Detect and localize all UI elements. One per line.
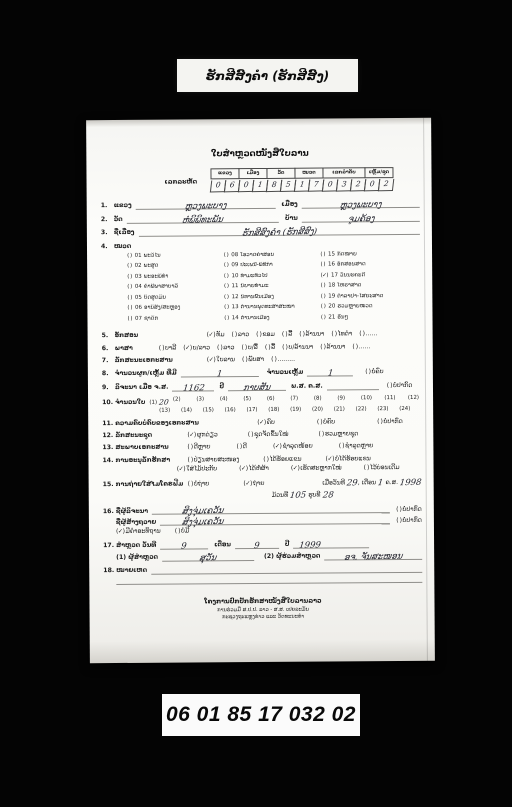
monastery-label: ວັດ <box>114 216 123 224</box>
code-group-volume: ເຫຼັ້ມ/ຊຸດ 02 <box>364 167 393 190</box>
village-value: ຈູມຄ້ອງ <box>347 213 375 224</box>
category-code: 03 <box>135 274 142 280</box>
cs-year-line: 1162 <box>172 382 214 391</box>
leaf-index: (20) <box>312 406 323 412</box>
microfilm-month-label: ເດືອນ <box>362 479 377 486</box>
leaf-index: (1) <box>149 400 157 406</box>
option: (✓)ບໍ່ໄດ້ຮ້ອຍແຂນ <box>326 455 371 462</box>
era-label: ພ.ສ. ຄ.ສ. <box>291 382 323 390</box>
sponsor-label: ຊື່ຜູ້ສ້າງຖວາຍ <box>116 518 156 526</box>
checkbox: ( ) <box>321 304 326 310</box>
option: ( )ດີຫຼາຍ <box>187 444 210 451</box>
option: ( )ໄດ້ຮ້ອຍແຂນ <box>263 455 301 462</box>
option-label: ບ/ລ້ານນາ <box>288 343 313 350</box>
microfilm-era-label: ຄ.ສ. <box>385 479 398 486</box>
category-column-1: ( )01ພະວິໄນ ( )02ພະສູດ ( )03ພະອະພິທຳ ( )… <box>127 252 224 326</box>
checkbox: (✓) <box>257 419 266 426</box>
row-number: 7. <box>102 357 115 365</box>
survey-day-line: 9 <box>160 540 208 549</box>
category-code: 17 <box>331 272 338 278</box>
category-item: ( )09ປະເພນີ-ພິທີກຳ <box>224 262 321 273</box>
condition-options: ( )ດີຫຼາຍ( )ດີ(✓)ຊຳລຸດໜ້ອຍ( )ຊຳລຸດຫຼາຍ <box>187 442 399 451</box>
completeness-label: ຄວາມຄົບບໍ່ຄົບຂອງເອກະສານ <box>115 419 253 428</box>
surveyor-label: (1) ຜູ້ສຳຫຼວດ <box>116 554 158 562</box>
option: ( )ປ່ຽນສາຍສະໜອງ <box>187 456 239 463</box>
checkbox: ( ) <box>248 431 253 438</box>
row-number: 1. <box>101 202 114 210</box>
option-label: ບ/ລາວ <box>193 344 210 351</box>
option: ( )...... <box>352 343 370 350</box>
fascicle-count-label: ຈຳນວນຜູກ/ເຫຼັ້ມ ທີ່ມີ <box>115 370 177 378</box>
checkbox: ( ) <box>224 294 229 300</box>
option: ( )ບ/ລື້ <box>242 344 258 351</box>
checkbox: ( ) <box>359 331 364 338</box>
category-name: ຕຳນານພຸດທະສາສະໜາ <box>241 304 295 310</box>
checkbox: ( ) <box>217 344 222 351</box>
checkbox: ( ) <box>320 262 325 268</box>
leaf-index: (18) <box>268 407 279 413</box>
option-label: ມີຄຳອະທິຖານ <box>125 528 160 535</box>
option: ( )ບ/ລ້ານນາ <box>282 343 313 350</box>
field-sponsor: ຊື່ຜູ້ສ້າງຖວາຍ ສິງຈຸ່ມເຄວັນ ( )ບໍ່ປາກົດ <box>103 515 422 526</box>
survey-year: 1999 <box>299 540 322 551</box>
incomplete-option: ( )ບໍ່ຄົບ <box>365 368 383 376</box>
category-code: 05 <box>135 295 142 301</box>
checkbox: ( ) <box>127 295 132 301</box>
microfilm-roll-info: ມ້ວນທີ 105 ຮູບທີ 28 <box>272 489 422 501</box>
roll-label: ມ້ວນທີ <box>272 492 288 499</box>
option-label: ບໍ່ຖ່າຍ <box>194 481 210 488</box>
row-number: 18. <box>103 567 116 575</box>
leaf-index: (16) <box>225 407 236 413</box>
checkbox: ( ) <box>364 464 369 471</box>
category-code: 09 <box>231 262 238 268</box>
leaf-index: (2) <box>173 397 181 403</box>
category-code: 08 <box>231 252 238 258</box>
checkbox: ( ) <box>263 455 268 462</box>
village-label: ບ້ານ <box>285 214 298 222</box>
co-surveyor-signature: ອຈ. ຈັນສະໜອນ <box>344 552 403 564</box>
cs-year-value: 1162 <box>182 383 205 394</box>
leaf-index: (24) <box>399 406 410 412</box>
category-code: 13 <box>232 304 239 310</box>
footer-ministry: ກະຊວງຖະແຫຼງຂ່າວ ແລະ ວັດທະນະທຳ <box>104 613 423 621</box>
code-digit: 2 <box>378 179 394 191</box>
checkbox: ( ) <box>365 368 370 375</box>
field-preservation-line2: (✓)ໃສ່ໄມ້ປະກັບ(✓)ໄດ້ຫໍ່ຜ້າ(✓)ເຮັດສະຫຼາກໃ… <box>103 464 422 474</box>
checkbox: ( ) <box>127 316 132 322</box>
option-label: ໃບລານ <box>216 356 235 363</box>
checkbox: (✓) <box>243 480 252 487</box>
option: ( )ດີ <box>236 443 247 450</box>
checkbox: ( ) <box>159 344 164 351</box>
colophon-options: (✓)ມີຄຳອະທິຖານ( )ບໍ່ມີ <box>116 528 203 536</box>
condition-label: ສະພາບເອກະສານ <box>115 444 183 452</box>
option: ( )ຊຸດຈັດຂຶ້ນໃໝ່ <box>248 431 289 438</box>
category-code: 04 <box>135 284 142 290</box>
category-code: 11 <box>231 283 238 289</box>
category-item: ( )01ພະວິໄນ <box>127 252 224 263</box>
checkbox: (✓) <box>207 356 216 363</box>
era-year-line <box>327 381 379 390</box>
category-item: ( )18ໂຫຣາສາດ <box>321 282 421 293</box>
option: ( )ບໍ່ມີ <box>175 528 190 535</box>
row-number: 15. <box>103 481 116 489</box>
category-code: 18 <box>328 283 335 289</box>
row-number: 8. <box>102 370 115 378</box>
roll-number: 105 <box>289 491 307 502</box>
field-completeness: 11. ຄວາມຄົບບໍ່ຄົບຂອງເອກະສານ (✓)ຄົບ( )ບໍ່… <box>102 418 421 428</box>
microfilm-date: ເມື່ອວັນທີ 29, ເດືອນ 1 ຄ.ສ. 1998 <box>322 476 421 487</box>
option-label: ......... <box>277 356 295 363</box>
option-label: ລື້ <box>271 343 275 350</box>
fascicle-count-line: 1 <box>181 368 259 378</box>
leaf-index: (11) <box>384 395 395 401</box>
microfilm-date-label: ເມື່ອວັນທີ <box>322 479 345 486</box>
field-script: 5. ອັກສອນ (✓)ທັມ( )ລາວ( )ຂອມ( )ລື້( )ລ້າ… <box>102 330 421 340</box>
category-name: ນິຍາຍທຳມະ <box>240 283 268 289</box>
category-column-3: ( )15ກົດໝາຍ ( )16ອັກສອນສາດ (✓)17ວັນນະຄະດ… <box>320 251 420 325</box>
checkbox: ( ) <box>224 262 229 268</box>
option-label: ລາວ <box>223 344 234 351</box>
category-name: ອານິສົງ/ສະຫຼອງ <box>144 305 180 311</box>
leaf-index: (14) <box>181 407 192 413</box>
option: ( )ຮວມຫຼາຍຊຸດ <box>318 430 358 437</box>
leaf-slot: (6) <box>267 396 291 406</box>
form-title: ໃບສຳຫຼວດໜັງສືໃບລານ <box>100 148 419 160</box>
manuscript-code-slip: 06 01 85 17 032 02 <box>162 694 360 736</box>
row-number: 9. <box>102 384 115 392</box>
option-label: ເຮັດສະຫຼາກໃໝ່ <box>300 465 341 472</box>
option: ( )ບໍ່ປາກົດ <box>377 418 403 425</box>
checkbox: ( ) <box>127 274 132 280</box>
option-label: ບາລີ <box>165 344 176 351</box>
checkbox: (✓) <box>239 465 248 472</box>
monastery-value-line: ຫໍພິພິທະພັນ <box>127 213 279 223</box>
leaf-slot: (24) <box>399 406 421 412</box>
category-code: 02 <box>135 263 142 269</box>
category-item: ( )16ອັກສອນສາດ <box>320 261 420 272</box>
manuscript-title-slip: ຮັກສີສົງຄຳ (ຮັກສີສົງ) <box>177 59 358 92</box>
microfilm-options: ( )ບໍ່ຖ່າຍ(✓)ຖ່າຍ <box>188 480 299 489</box>
category-item: ( )12ນິທານພື້ນເມືອງ <box>224 293 321 304</box>
category-name: ອື່ນໆ <box>337 314 348 320</box>
option-label: ບໍ່ປາກົດ <box>402 505 421 512</box>
field-category: 4. ໝວດ <box>101 241 420 251</box>
microfilm-label: ການຖ່າຍໃສ່ໄມໂຄຣຟີມ <box>116 481 184 489</box>
option: ( )...... <box>359 330 377 337</box>
district-value-line: ຫຼວງພະບາງ <box>302 199 420 209</box>
leaf-slot: (7) <box>290 396 314 406</box>
checkbox: (✓) <box>183 344 192 351</box>
option-label: ບໍ່ຄົບ <box>372 368 384 375</box>
fascicle-count-value: 1 <box>216 369 223 380</box>
bundle-type-label: ລັກສະນະຊຸດ <box>115 432 183 440</box>
category-item: ( )07ຊາດົກ <box>127 315 224 326</box>
option: ( )ບໍ່ຄົບ <box>317 418 335 425</box>
manuscript-title-text: ຮັກສີສົງຄຳ (ຮັກສີສົງ) <box>206 69 329 83</box>
checkbox: ( ) <box>321 314 326 320</box>
option-label: ລາວ <box>238 331 249 338</box>
script-options: (✓)ທັມ( )ລາວ( )ຂອມ( )ລື້( )ລ້ານນາ( )ໄທດຳ… <box>207 330 385 339</box>
preservation-options-line2: (✓)ໃສ່ໄມ້ປະກັບ(✓)ໄດ້ຫໍ່ຜ້າ(✓)ເຮັດສະຫຼາກໃ… <box>177 464 422 473</box>
checkbox: (✓) <box>291 465 300 472</box>
category-name: ວັນນະຄະດີ <box>340 272 365 278</box>
field-monastery-village: 2. ວັດ ຫໍພິພິທະພັນ ບ້ານ ຈູມຄ້ອງ <box>101 212 420 223</box>
field-document-type: 7. ລັກສະນະເອກະສານ (✓)ໃບລານ( )ພັບສາ( )...… <box>102 355 421 365</box>
survey-month: 9 <box>254 541 261 552</box>
option-label: ໄວ້ບ່ອນເດີມ <box>370 464 400 471</box>
language-label: ພາສາ <box>115 344 155 352</box>
leaf-slot: (2) <box>173 396 197 406</box>
leaf-index: (17) <box>246 407 257 413</box>
checkbox: (✓) <box>116 528 125 535</box>
category-name: ກົດໝາຍ <box>337 251 357 257</box>
checkbox: ( ) <box>127 263 132 269</box>
leaf-index: (4) <box>220 396 228 402</box>
option: ( )ລ້ານນາ <box>299 331 324 338</box>
remarks-label: ໝາຍເຫດ <box>116 567 147 575</box>
leaf-count-line-2: (13) (14) (15) (16) (17) (18) (19) (20) … <box>159 406 421 414</box>
option: (✓)ຖ່າຍ <box>243 480 264 487</box>
leaf-count-label: ຈຳນວນໃບ <box>115 399 145 407</box>
option: ( )ຂອມ <box>256 331 275 338</box>
category-code: 07 <box>135 316 142 322</box>
leaf-index: (23) <box>377 406 388 412</box>
category-grid: ( )01ພະວິໄນ ( )02ພະສູດ ( )03ພະອະພິທຳ ( )… <box>127 251 421 327</box>
leaf-index: (13) <box>159 407 170 413</box>
field-leaf-count: 10. ຈຳນວນໃບ (1) 20(2) (3) (4) (5) (6) (7… <box>102 394 421 407</box>
checkbox: ( ) <box>224 273 229 279</box>
category-code: 19 <box>328 293 335 299</box>
option: (✓)ໃບລານ <box>207 356 235 363</box>
checkbox: (✓) <box>187 431 196 438</box>
field-surveyors: (1) ຜູ້ສຳຫຼວດ ສຸວັນ (2) ຜູ້ຮ່ວມສຳຫຼວດ ອຈ… <box>103 551 422 562</box>
field-text-title: 3. ຊື່ເລື່ອງ ຮັກສີສົງຄຳ (ຮັກສີສົງ) <box>101 226 420 237</box>
category-name: ຊາດົກ <box>144 315 158 321</box>
option-label: ບໍ່ປາກົດ <box>383 418 402 425</box>
leaf-index: (7) <box>290 396 298 402</box>
checkbox: ( ) <box>321 293 326 299</box>
code-table: ເລກລະຫັດ ແຂວງ 06 ເມືອງ 01 ວັດ 85 ໝວດ 17 … <box>164 167 419 192</box>
checkbox: ( ) <box>320 343 325 350</box>
script-label: ອັກສອນ <box>115 332 203 340</box>
checkbox: ( ) <box>271 356 276 363</box>
category-name: ຕຳນານເມືອງ <box>241 315 270 321</box>
leaf-slot: (23) <box>377 406 399 412</box>
category-item: ( )11ນິຍາຍທຳມະ <box>224 283 321 294</box>
option: (✓)ເຮັດສະຫຼາກໃໝ່ <box>291 465 342 472</box>
option-label: ຄົບ <box>267 419 275 426</box>
option-label: ຊຳລຸດໜ້ອຍ <box>282 443 312 450</box>
text-title-line: ຮັກສີສົງຄຳ (ຮັກສີສົງ) <box>138 226 419 237</box>
field-date-written: 9. ລິຈະນາ ເມື່ອ ຈ.ສ. 1162 ປີ ກາບສັນ ພ.ສ.… <box>102 380 421 391</box>
row-number: 4. <box>101 243 114 251</box>
checkbox: ( ) <box>187 444 192 451</box>
leaf-index: (19) <box>290 406 301 412</box>
category-name: ໂອວາດຄຳສອນ <box>240 252 274 258</box>
option-label: ຮວມຫຼາຍຊຸດ <box>325 430 359 437</box>
row-number: 12. <box>102 432 115 440</box>
checkbox: (✓) <box>326 455 335 462</box>
checkbox: ( ) <box>282 343 287 350</box>
sponsor-value: ສິງຈຸ່ມເຄວັນ <box>181 517 224 529</box>
category-item: ( )10ທຳມະທົ່ວໄປ <box>224 272 321 283</box>
field-province-district: 1. ແຂວງ ຫຼວງພະບາງ ເມືອງ ຫຼວງພະບາງ <box>101 199 420 210</box>
province-value: ຫຼວງພະບາງ <box>184 201 227 213</box>
row-number: 16. <box>103 508 116 516</box>
leaf-slot: (11) <box>384 395 408 405</box>
category-name: ຄຳພີພາສາບາລີ <box>144 284 178 290</box>
surveyor-signature: ສຸວັນ <box>199 553 217 564</box>
option: (✓)ບ/ລາວ <box>183 344 210 351</box>
category-code: 06 <box>135 305 142 311</box>
category-code: 01 <box>135 253 142 259</box>
cycle-year-value: ກາບສັນ <box>243 382 271 393</box>
row-number: 13. <box>102 444 115 452</box>
footer-programme-name: ໂຄງການປົກປັກຮັກສາໜັງສືໃບລານລາວ <box>103 596 422 606</box>
option-label: ຜູກດ່ຽວ <box>197 431 218 438</box>
cycle-year-label: ປີ <box>219 383 224 391</box>
volume-count-line: 1 <box>307 367 353 376</box>
category-name: ພະສູດ <box>144 263 159 269</box>
category-name: ຮວມຫຼາຍໝວດ <box>337 303 372 309</box>
category-item: ( )04ຄຳພີພາສາບາລີ <box>127 284 224 295</box>
checkbox: ( ) <box>127 305 132 311</box>
option: ( )ພັບສາ <box>242 356 264 363</box>
completeness-options: (✓)ຄົບ( )ບໍ່ຄົບ( )ບໍ່ປາກົດ <box>257 417 445 426</box>
category-code: 14 <box>232 315 239 321</box>
survey-month-label: ເດືອນ <box>214 541 231 549</box>
checkbox: ( ) <box>127 253 132 259</box>
code-label: ເລກລະຫັດ <box>165 178 207 185</box>
document-type-label: ລັກສະນະເອກະສານ <box>115 356 203 364</box>
leaf-slot: (21) <box>334 406 356 412</box>
row-number: 14. <box>102 457 115 465</box>
option-label: ພັບສາ <box>248 356 264 363</box>
option-label: ...... <box>366 330 378 337</box>
preservation-label: ການອະນຸລັກຮັກສາ <box>115 456 183 464</box>
option: ( )ຊຳລຸດຫຼາຍ <box>339 442 374 449</box>
survey-date-label: ສຳຫຼວດ ວັນທີ <box>116 542 156 550</box>
option: ( )ລ້ານນາ <box>320 343 345 350</box>
leaf-count-line-1: (1) 20(2) (3) (4) (5) (6) (7) (8) (9) (1… <box>149 395 431 407</box>
checkbox: ( ) <box>317 418 322 425</box>
leaf-slot: (9) <box>337 395 361 405</box>
category-item: ( )13ຕຳນານພຸດທະສາສະໜາ <box>224 304 321 315</box>
option-label: ບໍ່ປາກົດ <box>393 382 412 389</box>
checkbox: ( ) <box>188 481 193 488</box>
checkbox: ( ) <box>299 331 304 338</box>
option: ( )ລາວ <box>232 331 250 338</box>
checkbox: ( ) <box>282 331 287 338</box>
leaf-slot: (22) <box>356 406 378 412</box>
checkbox: ( ) <box>320 251 325 257</box>
option-label: ໄດ້ຫໍ່ຜ້າ <box>249 465 269 472</box>
checkbox: ( ) <box>242 356 247 363</box>
option-label: ໄດ້ຮ້ອຍແຂນ <box>270 455 302 462</box>
category-item: ( )03ພະອະພິທຳ <box>127 273 224 284</box>
row-number: 11. <box>102 420 115 428</box>
option-label: ດີ <box>243 443 247 450</box>
survey-month-line: 9 <box>235 540 279 549</box>
leaf-slot: (4) <box>220 396 244 406</box>
option-label: ລ້ານນາ <box>327 343 346 350</box>
option: (✓)ຊຳລຸດໜ້ອຍ <box>273 443 313 450</box>
text-title-label: ຊື່ເລື່ອງ <box>114 229 135 237</box>
code-header-district: ເມືອງ <box>238 168 267 179</box>
checkbox: ( ) <box>232 331 237 338</box>
leaf-index: (10) <box>361 395 372 401</box>
checkbox: ( ) <box>224 315 229 321</box>
leaf-index: (9) <box>337 395 345 401</box>
category-code: 12 <box>232 294 239 300</box>
row-number: 2. <box>101 216 114 224</box>
checkbox: ( ) <box>265 343 270 350</box>
category-code: 15 <box>328 251 335 257</box>
leaf-index: (3) <box>196 396 204 402</box>
sponsor-not-indicated: ( )ບໍ່ປາກົດ <box>396 516 422 524</box>
option-label: ປ່ຽນສາຍສະໜອງ <box>194 456 240 463</box>
monastery-value: ຫໍພິພິທະພັນ <box>182 214 224 226</box>
category-item: ( )06ອານິສົງ/ສະຫຼອງ <box>127 305 224 316</box>
row-number: 3. <box>101 229 114 237</box>
option: (✓)ໄດ້ຫໍ່ຜ້າ <box>239 465 269 472</box>
leaf-slot: (20) <box>312 406 334 412</box>
category-item: ( )20ຮວມຫຼາຍໝວດ <box>321 303 421 314</box>
checkbox: (✓) <box>177 466 186 473</box>
microfilm-day: 29 <box>346 478 358 489</box>
checkbox: ( ) <box>175 528 180 535</box>
survey-year-label: ປີ <box>285 541 290 549</box>
checkbox: ( ) <box>396 506 401 513</box>
option-label: ບໍ່ໄດ້ຮ້ອຍແຂນ <box>335 455 371 462</box>
code-group-category: ໝວດ 17 <box>294 168 323 191</box>
option-label: ຖ່າຍ <box>253 480 265 487</box>
option: ( )ໄທດຳ <box>331 331 352 338</box>
checkbox: (✓) <box>207 332 216 339</box>
code-header-province: ແຂວງ <box>210 168 239 179</box>
field-preservation: 14. ການອະນຸລັກຮັກສາ ( )ປ່ຽນສາຍສະໜອງ( )ໄດ… <box>102 454 421 464</box>
checkbox: (✓) <box>273 443 282 450</box>
language-options: ( )ບາລີ(✓)ບ/ລາວ( )ລາວ( )ບ/ລື້( )ລື້( )ບ/… <box>159 343 378 352</box>
author-label: ຊື່ຜູ້ລິຈະນາ <box>116 507 148 515</box>
document-type-options: (✓)ໃບລານ( )ພັບສາ( )......... <box>207 355 302 363</box>
category-item: ( )19ຕຳລາຢາ-ໄສຍະສາດ <box>321 293 421 304</box>
option: (✓)ມີຄຳອະທິຖານ <box>116 528 161 535</box>
co-surveyor-label: (2) ຜູ້ຮ່ວມສຳຫຼວດ <box>264 553 320 561</box>
option-label: ຊຸດຈັດຂຶ້ນໃໝ່ <box>254 431 289 438</box>
volume-count-value: 1 <box>327 368 334 379</box>
row-number: 5. <box>102 332 115 340</box>
category-name: ນິທານພື້ນເມືອງ <box>241 294 274 300</box>
category-name: ໂຫຣາສາດ <box>337 283 361 289</box>
leaf-slot: (8) <box>314 395 338 405</box>
leaf-index: (21) <box>334 406 345 412</box>
preservation-options-line1: ( )ປ່ຽນສາຍສະໜອງ( )ໄດ້ຮ້ອຍແຂນ(✓)ບໍ່ໄດ້ຮ້ອ… <box>187 455 394 464</box>
cycle-year-line: ກາບສັນ <box>228 381 286 390</box>
district-value: ຫຼວງພະບາງ <box>339 200 382 212</box>
field-fascicle-count: 8. ຈຳນວນຜູກ/ເຫຼັ້ມ ທີ່ມີ 1 ຈຳນວນເຫຼັ້ມ 1… <box>102 367 421 378</box>
leaf-slot: (5) <box>243 396 267 406</box>
option-label: ໄທດຳ <box>338 331 353 338</box>
option: ( )ລາວ <box>217 344 235 351</box>
author-line: ສິງຈຸ່ມເຄວັນ <box>152 504 390 515</box>
checkbox: ( ) <box>331 331 336 338</box>
category-name: ປະເພນີ-ພິທີກຳ <box>240 262 272 268</box>
survey-form-sheet: ໃບສຳຫຼວດໜັງສືໃບລານ ເລກລະຫັດ ແຂວງ 06 ເມືອ… <box>86 118 435 663</box>
leaf-index: (15) <box>203 407 214 413</box>
